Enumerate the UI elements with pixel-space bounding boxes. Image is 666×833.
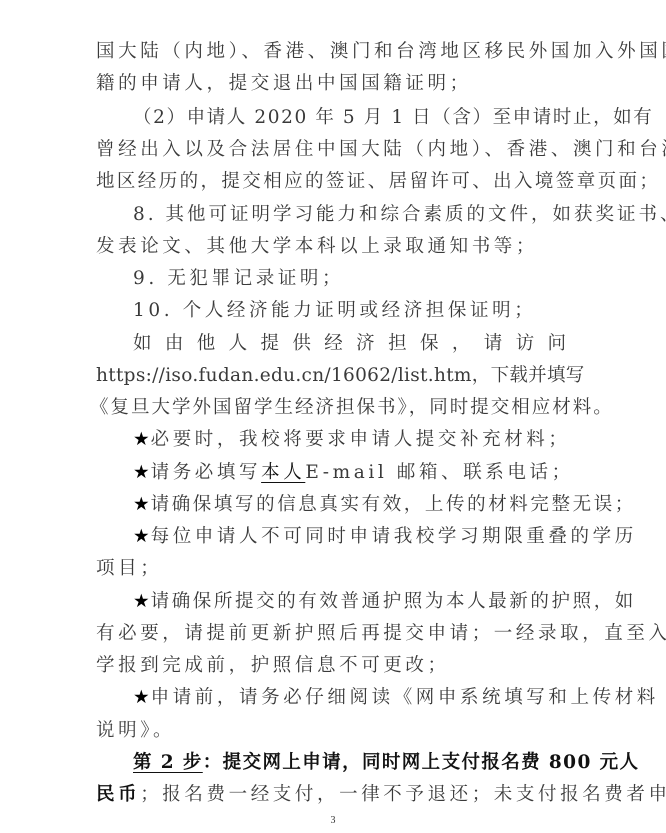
note-text: E-mail 邮箱、联系电话； (305, 462, 573, 483)
step-title: ：提交网上申请，同时网上支付报名费 800 元人 (203, 752, 640, 773)
note-item: ★申请前，请务必仔细阅读《网申系统填写和上传材料 (133, 682, 566, 714)
note-text: 请确保填写的信息真实有效，上传的材料完整无误； (151, 494, 636, 515)
text-line: 民币；报名费一经支付，一律不予退还；未支付报名费者申 (96, 779, 566, 811)
note-text: 必要时，我校将要求申请人提交补充材料； (151, 429, 571, 450)
note-text: 请确保所提交的有效普通护照为本人最新的护照，如 (151, 591, 636, 612)
text-line: 《复旦大学外国留学生经济担保书》，同时提交相应材料。 (90, 392, 560, 424)
star-icon: ★ (133, 429, 151, 450)
note-text: 请务必填写 (151, 462, 262, 483)
step-body: ；报名费一经支付，一律不予退还；未支付报名费者申 (140, 784, 666, 805)
note-item: ★请确保填写的信息真实有效，上传的材料完整无误； (133, 489, 566, 521)
text-line: （2）申请人 2020 年 5 月 1 日（含）至申请时止，如有 (133, 102, 566, 134)
text-line: 说明》。 (96, 715, 566, 747)
star-icon: ★ (133, 462, 151, 483)
step-title-cont: 民币 (96, 784, 140, 805)
text-line: 9. 无犯罪记录证明； (133, 263, 566, 295)
note-item: ★请确保所提交的有效普通护照为本人最新的护照，如 (133, 586, 566, 618)
text-line: 项目； (96, 553, 566, 585)
document-page: 国大陆（内地）、香港、澳门和台湾地区移民外国加入外国国 籍的申请人，提交退出中国… (0, 0, 666, 833)
star-icon: ★ (133, 526, 151, 547)
text-line: 籍的申请人，提交退出中国国籍证明； (96, 68, 566, 100)
note-text: 申请前，请务必仔细阅读《网申系统填写和上传材料 (151, 687, 659, 708)
text-line: 曾经出入以及合法居住中国大陆（内地）、香港、澳门和台湾 (96, 134, 566, 166)
text-line: 发表论文、其他大学本科以上录取通知书等； (96, 231, 566, 263)
step-label: 第 2 步 (133, 752, 203, 773)
page-number: 3 (326, 815, 340, 826)
text-line: 学报到完成前，护照信息不可更改； (96, 650, 566, 682)
underlined-text: 本人 (261, 462, 305, 483)
note-item: ★每位申请人不可同时申请我校学习期限重叠的学历 (133, 521, 566, 553)
text-line: 如由他人提供经济担保，请访问 (133, 328, 566, 360)
text-line: 有必要，请提前更新护照后再提交申请；一经录取，直至入 (96, 618, 566, 650)
star-icon: ★ (133, 591, 151, 612)
text-line: 10. 个人经济能力证明或经济担保证明； (133, 295, 566, 327)
note-item: ★请务必填写本人E-mail 邮箱、联系电话； (133, 457, 566, 489)
text-line: 地区经历的，提交相应的签证、居留许可、出入境签章页面； (96, 166, 566, 198)
text-line: 国大陆（内地）、香港、澳门和台湾地区移民外国加入外国国 (96, 36, 566, 68)
url-text[interactable]: https://iso.fudan.edu.cn/16062/list.htm，… (96, 360, 566, 392)
star-icon: ★ (133, 687, 151, 708)
star-icon: ★ (133, 494, 151, 515)
note-text: 每位申请人不可同时申请我校学习期限重叠的学历 (151, 526, 637, 547)
note-item: ★必要时，我校将要求申请人提交补充材料； (133, 424, 566, 456)
text-line: 8. 其他可证明学习能力和综合素质的文件，如获奖证书、 (133, 199, 566, 231)
step2-heading: 第 2 步：提交网上申请，同时网上支付报名费 800 元人 (133, 747, 566, 779)
